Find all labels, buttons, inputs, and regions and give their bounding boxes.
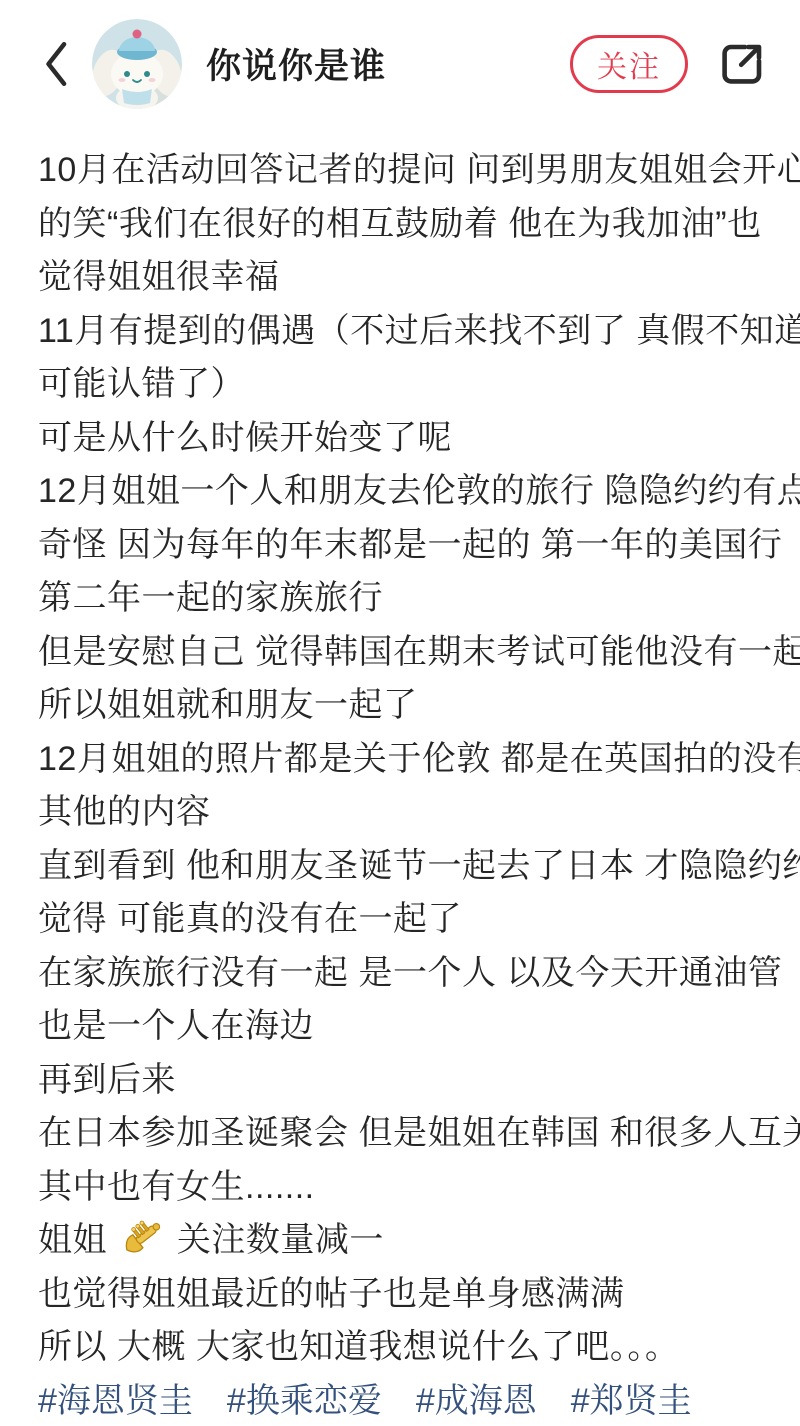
- post-line: 也觉得姐姐最近的帖子也是单身感满满: [38, 1268, 766, 1322]
- post-line: 在家族旅行没有一起 是一个人 以及今天开通油管: [38, 947, 766, 1001]
- post-line: 其他的内容: [38, 786, 766, 840]
- post-line: 姐姐 关注数量减一: [38, 1214, 766, 1268]
- hashtag-link[interactable]: #换乘恋爱: [227, 1382, 382, 1420]
- post-line: 12月姐姐的照片都是关于伦敦 都是在英国拍的没有: [38, 733, 766, 787]
- post-body: 10月在活动回答记者的提问 问到男朋友姐姐会开心的笑“我们在很好的相互鼓励着 他…: [0, 118, 800, 1426]
- post-line: 所以姐姐就和朋友一起了: [38, 679, 766, 733]
- nav-header: 你说你是谁 关注: [0, 0, 800, 118]
- post-line: 所以 大概 大家也知道我想说什么了吧。。。: [38, 1321, 766, 1375]
- post-line: 的笑“我们在很好的相互鼓励着 他在为我加油”也: [38, 198, 766, 252]
- hashtag-link[interactable]: #成海恩: [416, 1382, 537, 1420]
- post-line: 可能认错了）: [38, 358, 766, 412]
- post-line: 但是安慰自己 觉得韩国在期末考试可能他没有一起: [38, 626, 766, 680]
- post-line: 可是从什么时候开始变了呢: [38, 412, 766, 466]
- follow-button[interactable]: 关注: [570, 35, 688, 93]
- post-line: 再到后来: [38, 1054, 766, 1108]
- post-line: 直到看到 他和朋友圣诞节一起去了日本 才隐隐约约: [38, 840, 766, 894]
- share-icon: [716, 38, 768, 90]
- username[interactable]: 你说你是谁: [206, 39, 386, 89]
- post-lines: 10月在活动回答记者的提问 问到男朋友姐姐会开心的笑“我们在很好的相互鼓励着 他…: [38, 144, 766, 1375]
- post-line: 在日本参加圣诞聚会 但是姐姐在韩国 和很多人互关: [38, 1107, 766, 1161]
- cinnamoroll-plush-icon: [92, 19, 182, 109]
- post-line: 10月在活动回答记者的提问 问到男朋友姐姐会开心: [38, 144, 766, 198]
- post-line: 11月有提到的偶遇（不过后来找不到了 真假不知道: [38, 305, 766, 359]
- trumpet-emoji: [119, 1215, 165, 1261]
- post-line: 12月姐姐一个人和朋友去伦敦的旅行 隐隐约约有点: [38, 465, 766, 519]
- post-line: 第二年一起的家族旅行: [38, 572, 766, 626]
- hashtag-row: #海恩贤圭#换乘恋爱#成海恩#郑贤圭: [38, 1375, 766, 1426]
- post-line: 觉得姐姐很幸福: [38, 251, 766, 305]
- post-line: 觉得 可能真的没有在一起了: [38, 893, 766, 947]
- hashtag-link[interactable]: #郑贤圭: [571, 1382, 692, 1420]
- post-line: 也是一个人在海边: [38, 1000, 766, 1054]
- chevron-left-icon: [40, 40, 74, 88]
- post-line: 奇怪 因为每年的年末都是一起的 第一年的美国行: [38, 519, 766, 573]
- back-button[interactable]: [40, 39, 76, 89]
- hashtag-link[interactable]: #海恩贤圭: [38, 1382, 193, 1420]
- post-line: 其中也有女生.......: [38, 1161, 766, 1215]
- share-button[interactable]: [716, 36, 768, 92]
- avatar[interactable]: [92, 19, 182, 109]
